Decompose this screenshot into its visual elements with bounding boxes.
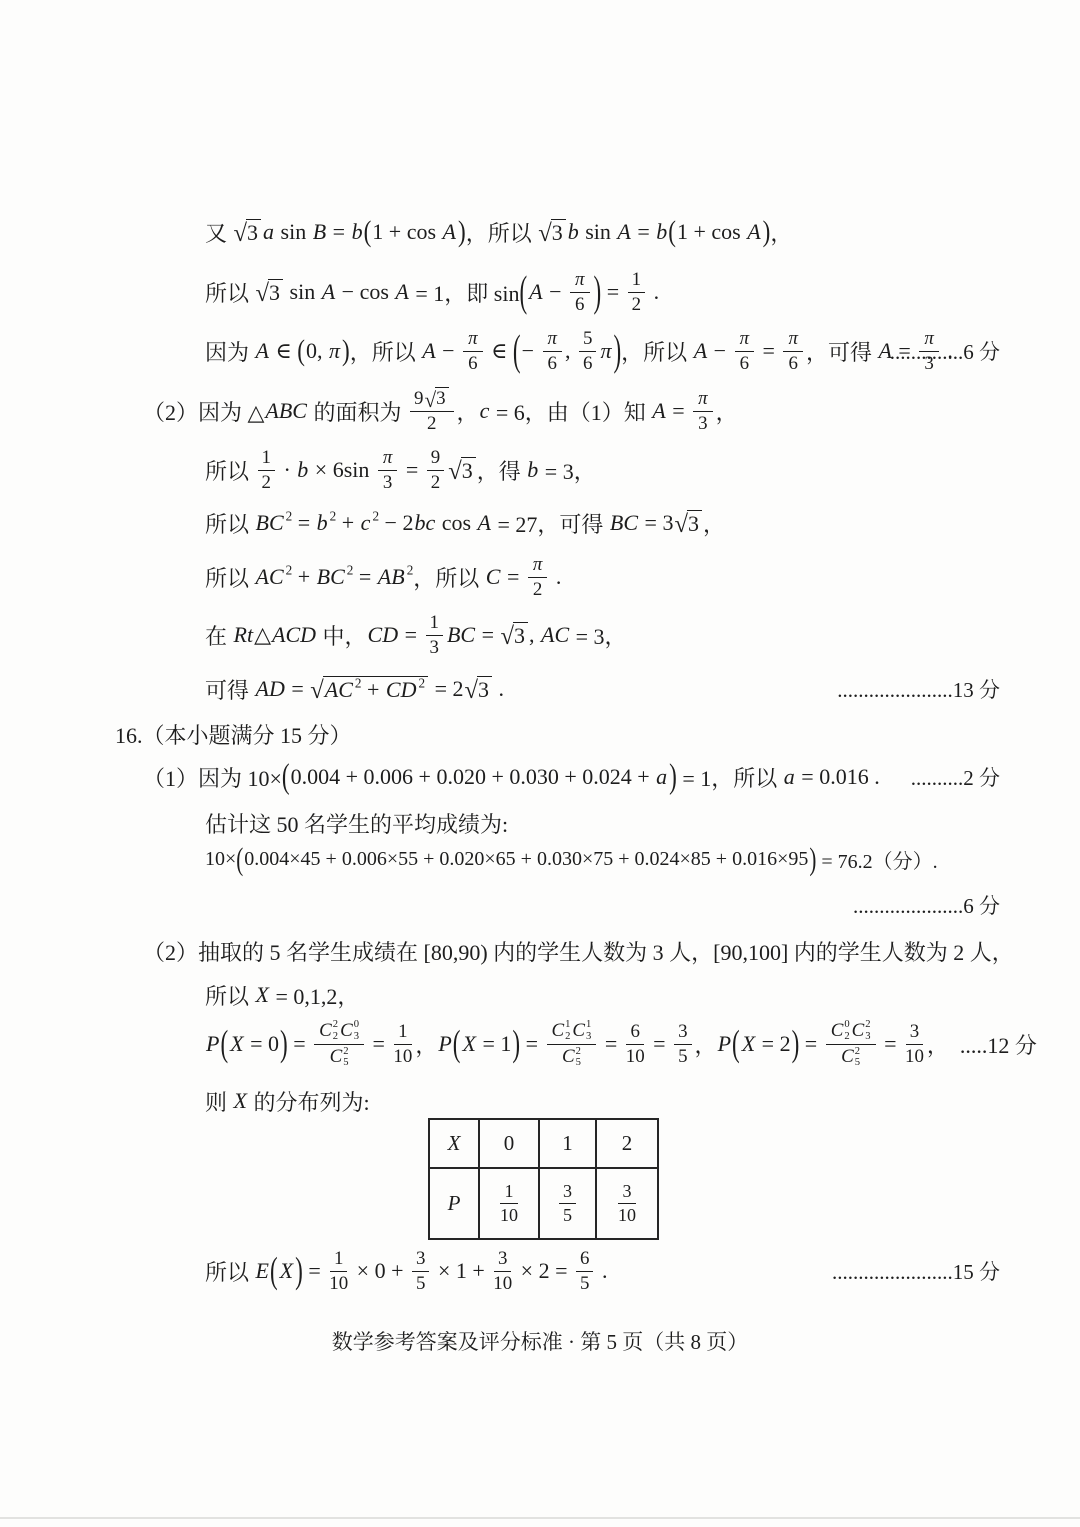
square-root: √3: [424, 387, 448, 410]
variable: A: [321, 279, 336, 305]
text: 3: [478, 677, 489, 703]
variable: A: [442, 219, 457, 245]
scan-bottom-edge: [0, 1517, 1080, 1519]
text: .: [648, 279, 659, 305]
variable: c: [479, 398, 491, 424]
text: 3: [416, 1248, 425, 1270]
fraction: 110: [393, 1021, 412, 1068]
text: 2: [427, 413, 436, 435]
variable: ABC: [264, 398, 308, 424]
text: 1: [398, 1021, 407, 1043]
fraction: π6: [463, 328, 482, 375]
text: 10: [393, 1046, 412, 1068]
text: 3: [462, 458, 473, 484]
text: = 3: [639, 510, 673, 536]
variable: A: [421, 338, 436, 364]
line-sin-identity: 所以 √3 sin A − cos A = 1，即 sin(A − π6) = …: [0, 262, 1080, 322]
text: 0.004×45 + 0.006×55 + 0.020×65 + 0.030×7…: [244, 848, 808, 871]
line-area-eq: 所以 12 · b × 6sin π3 = 92√3，得 b = 3，: [0, 440, 1080, 500]
variable: A: [746, 219, 761, 245]
variable: b: [526, 457, 539, 483]
text: = 1，所以: [677, 762, 783, 793]
fraction: 110: [329, 1248, 348, 1295]
variable: AC: [540, 622, 570, 648]
footer-text: 数学参考答案及评分标准 · 第 5 页（共 8 页）: [332, 1330, 749, 1354]
text: ，: [415, 1029, 437, 1060]
text: =: [286, 676, 309, 702]
text: ∈: [270, 338, 297, 364]
text: （2）抽取的 5 名学生成绩在 [80,90) 内的学生人数为 3 人，[90,…: [143, 936, 1014, 967]
fraction: C22C03C25: [314, 1019, 364, 1069]
text: sin: [580, 219, 617, 245]
text: cos: [436, 510, 476, 536]
square-root: √AC2 + CD2: [310, 676, 428, 703]
text: ， .....12 分: [927, 1029, 1037, 1060]
text: 1: [562, 1131, 573, 1156]
superscript: 2: [354, 675, 362, 691]
text: 5: [563, 1205, 572, 1226]
line-q16-header: 16.（本小题满分 15 分）: [0, 716, 1080, 752]
line-6-mark: .....................6 分: [0, 888, 1080, 922]
text: = 27，可得: [492, 508, 609, 539]
text: =: [632, 219, 655, 245]
parentheses: (X = 0): [220, 1031, 287, 1057]
text: 的分布列为:: [248, 1086, 370, 1117]
variable: A: [255, 338, 270, 364]
variable: AB: [377, 564, 406, 590]
text: 又: [205, 217, 233, 248]
fraction: 310: [905, 1021, 924, 1068]
text: 5: [678, 1046, 687, 1068]
text: 1: [262, 447, 271, 469]
text: 1 + cos: [677, 219, 746, 245]
variable: X: [233, 1088, 248, 1114]
fraction: 35: [674, 1021, 691, 1068]
line-x-values: 所以 X = 0,1,2，: [0, 978, 1080, 1012]
text: =: [399, 622, 422, 648]
fraction: C02C23C25: [826, 1019, 876, 1069]
combination: C23: [852, 1019, 871, 1042]
parentheses: (1 + cos A): [668, 219, 770, 245]
text: 2: [431, 472, 440, 494]
variable: A: [616, 219, 631, 245]
variable: BC: [446, 622, 476, 648]
text: 所以: [205, 980, 255, 1011]
radical-icon: √: [501, 622, 515, 649]
text: = 3，: [570, 620, 626, 651]
variable: X: [229, 1031, 244, 1057]
parentheses: (X): [270, 1258, 303, 1284]
variable: π: [467, 328, 478, 350]
text: =: [879, 1031, 902, 1057]
fraction: 610: [626, 1021, 645, 1068]
text: ,: [565, 338, 576, 364]
table-cell: 310: [596, 1168, 658, 1239]
line-angle-a: 因为 A ∈ (0, π)，所以 A − π6 ∈ (− π6, 56π)，所以…: [0, 320, 1080, 382]
text: 0.004 + 0.006 + 0.020 + 0.030 + 0.024 +: [291, 764, 656, 790]
line-ad-result: 可得 AD = √AC2 + CD2 = 2√3 ...............…: [0, 660, 1080, 718]
parentheses: (− π6, 56π): [513, 328, 621, 375]
text: 1: [334, 1248, 343, 1270]
superscript: 2: [406, 562, 414, 578]
text: =: [667, 398, 690, 424]
variable: BC: [316, 564, 346, 590]
text: =: [400, 457, 423, 483]
line-dist-label: 则 X 的分布列为:: [0, 1084, 1080, 1118]
text: ，所以: [621, 336, 693, 367]
text: 估计这 50 名学生的平均成绩为:: [205, 808, 508, 839]
parentheses: (1 + cos A): [364, 219, 466, 245]
variable: X: [255, 982, 270, 1008]
parentheses: (X = 2): [732, 1031, 799, 1057]
variable: b: [296, 457, 309, 483]
variable: CD: [367, 622, 400, 648]
variable: a: [783, 764, 796, 790]
score-label: ......................13 分: [837, 674, 1000, 704]
text: × 1 +: [432, 1258, 490, 1284]
text: =: [757, 338, 780, 364]
variable: π: [574, 269, 585, 291]
text: 1 + cos: [372, 219, 441, 245]
square-root: √3: [674, 510, 702, 537]
variable: BC: [255, 510, 285, 536]
text: 10: [500, 1205, 518, 1226]
superscript: 2: [417, 675, 425, 691]
parentheses: (0.004 + 0.006 + 0.020 + 0.030 + 0.024 +…: [282, 764, 677, 790]
parentheses: (A − π6): [519, 269, 601, 316]
combination: C13: [572, 1019, 591, 1042]
text: 3: [552, 220, 563, 246]
solutions-content: 又 √3a sin B = b(1 + cos A)，所以 √3b sin A …: [0, 0, 1080, 1527]
text: 可得: [205, 674, 255, 705]
variable: AC: [255, 564, 285, 590]
variable: π: [697, 388, 708, 410]
text: 6: [630, 1021, 639, 1043]
fraction: π3: [378, 447, 397, 494]
text: 3: [247, 220, 258, 246]
combination: C25: [562, 1046, 581, 1069]
combination: C02: [831, 1019, 850, 1042]
table-cell: 2: [596, 1119, 658, 1168]
variable: P: [447, 1191, 462, 1216]
text: 5: [416, 1273, 425, 1295]
square-root: √3: [448, 457, 476, 484]
parentheses: (0.004×45 + 0.006×55 + 0.020×65 + 0.030×…: [236, 848, 816, 871]
fraction: 65: [576, 1248, 593, 1295]
text: =: [599, 1031, 622, 1057]
variable: c: [360, 510, 372, 536]
text: 6: [548, 353, 557, 375]
variable: CD: [385, 677, 418, 703]
text: =: [303, 1258, 326, 1284]
text: 1: [632, 269, 641, 291]
variable: AC: [324, 677, 354, 703]
text: ，所以: [413, 562, 485, 593]
text: 1: [504, 1181, 513, 1202]
variable: A: [394, 279, 409, 305]
variable: X: [741, 1031, 756, 1057]
text: 0,: [306, 338, 328, 364]
text: 所以: [205, 277, 255, 308]
text: 1: [430, 612, 439, 634]
fraction: π6: [735, 328, 754, 375]
text: 所以: [205, 508, 255, 539]
fraction: π6: [570, 269, 589, 316]
text: =: [288, 1031, 311, 1057]
text: 3: [622, 1181, 631, 1202]
radical-icon: √: [538, 219, 552, 246]
text: sin: [275, 219, 312, 245]
text: −: [522, 338, 540, 364]
text: 3: [383, 472, 392, 494]
variable: b: [351, 219, 364, 245]
fraction: 92: [427, 447, 444, 494]
line-part2-area: （2）因为 △ABC 的面积为 9√32，c = 6，由（1）知 A = π3，: [0, 380, 1080, 442]
variable: a: [262, 219, 275, 245]
radical-icon: √: [310, 676, 324, 703]
text: 3: [910, 1021, 919, 1043]
text: 10: [329, 1273, 348, 1295]
text: 16.（本小题满分 15 分）: [115, 719, 352, 750]
variable: A: [651, 398, 666, 424]
text: 3: [514, 623, 525, 649]
text: ，: [703, 508, 725, 539]
variable: bc: [413, 510, 436, 536]
variable: BC: [609, 510, 639, 536]
text: =: [327, 219, 350, 245]
radical-icon: √: [448, 457, 462, 484]
fraction: 13: [426, 612, 443, 659]
text: =: [353, 564, 376, 590]
line-pythagoras: 所以 AC2 + BC2 = AB2，所以 C = π2 .: [0, 548, 1080, 606]
text: 的面积为: [308, 396, 407, 427]
text: ,: [529, 622, 540, 648]
table-cell: 110: [479, 1168, 539, 1239]
text: 10×: [205, 848, 236, 871]
text: =: [799, 1031, 822, 1057]
variable: X: [462, 1031, 477, 1057]
score-label: ..............6 分: [890, 336, 1000, 366]
text: = 1: [477, 1031, 511, 1057]
fraction: C12C13C25: [547, 1019, 597, 1069]
square-root: √3: [234, 219, 262, 246]
answer-sheet-page: 又 √3a sin B = b(1 + cos A)，所以 √3b sin A …: [0, 0, 1080, 1527]
text: × 0 +: [351, 1258, 409, 1284]
combination: C03: [340, 1019, 359, 1042]
text: .: [596, 1258, 607, 1284]
variable: A: [693, 338, 708, 364]
text: −: [437, 338, 460, 364]
variable: π: [382, 447, 393, 469]
variable: a: [655, 764, 668, 790]
text: =: [648, 1031, 671, 1057]
variable: π: [532, 554, 543, 576]
superscript: 2: [285, 508, 293, 524]
line-cosine-rule: 所以 BC2 = b2 + c2 − 2bc cos A = 27，可得 BC …: [0, 498, 1080, 548]
variable: Rt: [233, 622, 255, 648]
variable: X: [279, 1258, 294, 1284]
combination: C22: [319, 1019, 338, 1042]
line-rt-triangle: 在 Rt△ACD 中，CD = 13BC = √3, AC = 3，: [0, 608, 1080, 662]
radical-icon: √: [234, 219, 248, 246]
combination: C25: [330, 1046, 349, 1069]
text: ，: [770, 217, 792, 248]
variable: π: [328, 338, 341, 364]
table-cell: X: [429, 1119, 479, 1168]
variable: X: [447, 1131, 462, 1156]
variable: C: [485, 564, 502, 590]
radical-icon: √: [465, 676, 479, 703]
text: .: [493, 676, 504, 702]
text: = 0.016 .: [796, 764, 880, 790]
variable: P: [717, 1031, 732, 1057]
variable: ACD: [271, 622, 317, 648]
fraction: 12: [258, 447, 275, 494]
fraction: 56: [579, 328, 596, 375]
text: 中，: [317, 620, 367, 651]
radical-icon: √: [674, 510, 688, 537]
text: +: [292, 564, 315, 590]
text: △: [254, 622, 271, 648]
text: 6: [583, 353, 592, 375]
text: 6: [580, 1248, 589, 1270]
page-footer: 数学参考答案及评分标准 · 第 5 页（共 8 页）: [0, 1326, 1080, 1356]
fraction: 35: [559, 1181, 576, 1226]
text: 5: [583, 328, 592, 350]
fraction: π6: [783, 328, 802, 375]
fraction: 12: [628, 269, 645, 316]
line-sine-rule: 又 √3a sin B = b(1 + cos A)，所以 √3b sin A …: [0, 204, 1080, 260]
variable: AD: [255, 676, 286, 702]
text: 0: [504, 1131, 515, 1156]
text: 6: [575, 294, 584, 316]
fraction: 110: [500, 1181, 518, 1226]
text: +: [362, 677, 385, 703]
text: ，可得: [806, 336, 878, 367]
line-expectation: 所以 E(X) = 110 × 0 + 35 × 1 + 310 × 2 = 6…: [0, 1242, 1080, 1300]
variable: b: [655, 219, 668, 245]
variable: π: [547, 328, 558, 350]
text: 因为: [205, 336, 255, 367]
distribution-table: X012P11035310: [428, 1118, 659, 1240]
text: ，得: [477, 455, 527, 486]
text: 10: [905, 1046, 924, 1068]
variable: b: [316, 510, 329, 536]
text: = 1，即 sin: [410, 277, 520, 308]
fraction: π2: [528, 554, 547, 601]
square-root: √3: [538, 219, 566, 246]
fraction: π6: [543, 328, 562, 375]
line-avg-calc: 10×(0.004×45 + 0.006×55 + 0.020×65 + 0.0…: [0, 836, 1080, 882]
line-q16-part1: （1）因为 10×(0.004 + 0.006 + 0.020 + 0.030 …: [0, 752, 1080, 802]
variable: A: [528, 279, 543, 305]
square-root: √3: [465, 676, 493, 703]
fraction: π3: [693, 388, 712, 435]
text: 3: [678, 1021, 687, 1043]
square-root: √3: [256, 279, 284, 306]
text: ·: [278, 457, 296, 483]
text: =: [601, 279, 624, 305]
score-label: .......................15 分: [832, 1256, 1000, 1286]
text: = 3，: [539, 455, 595, 486]
text: 2: [533, 579, 542, 601]
text: −: [544, 279, 567, 305]
text: 所以: [205, 455, 255, 486]
line-probabilities: P(X = 0) = C22C03C25 = 110，P(X = 1) = C1…: [0, 1014, 1080, 1074]
superscript: 2: [371, 508, 379, 524]
text: 所以: [205, 562, 255, 593]
text: .: [550, 564, 561, 590]
text: − cos: [336, 279, 394, 305]
text: 3: [430, 637, 439, 659]
text: 在: [205, 620, 233, 651]
variable: P: [205, 1031, 220, 1057]
text: =: [292, 510, 315, 536]
text: sin: [284, 279, 321, 305]
text: = 0,1,2，: [270, 980, 359, 1011]
text: 2: [632, 294, 641, 316]
superscript: 2: [346, 562, 354, 578]
text: −: [708, 338, 731, 364]
text: 10: [493, 1273, 512, 1295]
text: 10: [626, 1046, 645, 1068]
text: 5: [580, 1273, 589, 1295]
variable: π: [739, 328, 750, 350]
text: 9: [431, 447, 440, 469]
fraction: 9√32: [410, 387, 454, 435]
text: （2）因为 △: [143, 396, 264, 427]
text: 3: [698, 413, 707, 435]
text: 3: [563, 1181, 572, 1202]
text: = 2: [429, 676, 463, 702]
variable: π: [787, 328, 798, 350]
table-cell: 35: [539, 1168, 596, 1239]
combination: C25: [841, 1046, 860, 1069]
fraction: 310: [618, 1181, 636, 1226]
score-label: ..........2 分: [911, 762, 1000, 792]
text: 6: [740, 353, 749, 375]
text: = 0: [245, 1031, 279, 1057]
text: 10: [618, 1205, 636, 1226]
variable: b: [567, 219, 580, 245]
text: 6: [788, 353, 797, 375]
text: =: [367, 1031, 390, 1057]
parentheses: (0, π): [297, 338, 349, 364]
score-label: .....................6 分: [853, 890, 1000, 920]
variable: P: [437, 1031, 452, 1057]
text: 3: [269, 280, 280, 306]
text: = 6，由（1）知: [490, 396, 651, 427]
text: 3: [688, 511, 699, 537]
table-cell: 1: [539, 1119, 596, 1168]
parentheses: (X = 1): [453, 1031, 520, 1057]
table-row: X012: [429, 1119, 658, 1168]
variable: B: [312, 219, 327, 245]
text: × 2 =: [515, 1258, 573, 1284]
text: ，: [695, 1029, 717, 1060]
text: × 6sin: [309, 457, 375, 483]
line-q16-part2: （2）抽取的 5 名学生成绩在 [80,90) 内的学生人数为 3 人，[90,…: [0, 932, 1080, 970]
variable: A: [477, 510, 492, 536]
text: ，: [457, 396, 479, 427]
text: ∈: [486, 338, 513, 364]
text: 所以: [205, 1256, 255, 1287]
text: = 2: [756, 1031, 790, 1057]
radical-icon: √: [256, 279, 270, 306]
text: +: [336, 510, 359, 536]
text: 9: [414, 388, 423, 410]
text: − 2: [379, 510, 413, 536]
